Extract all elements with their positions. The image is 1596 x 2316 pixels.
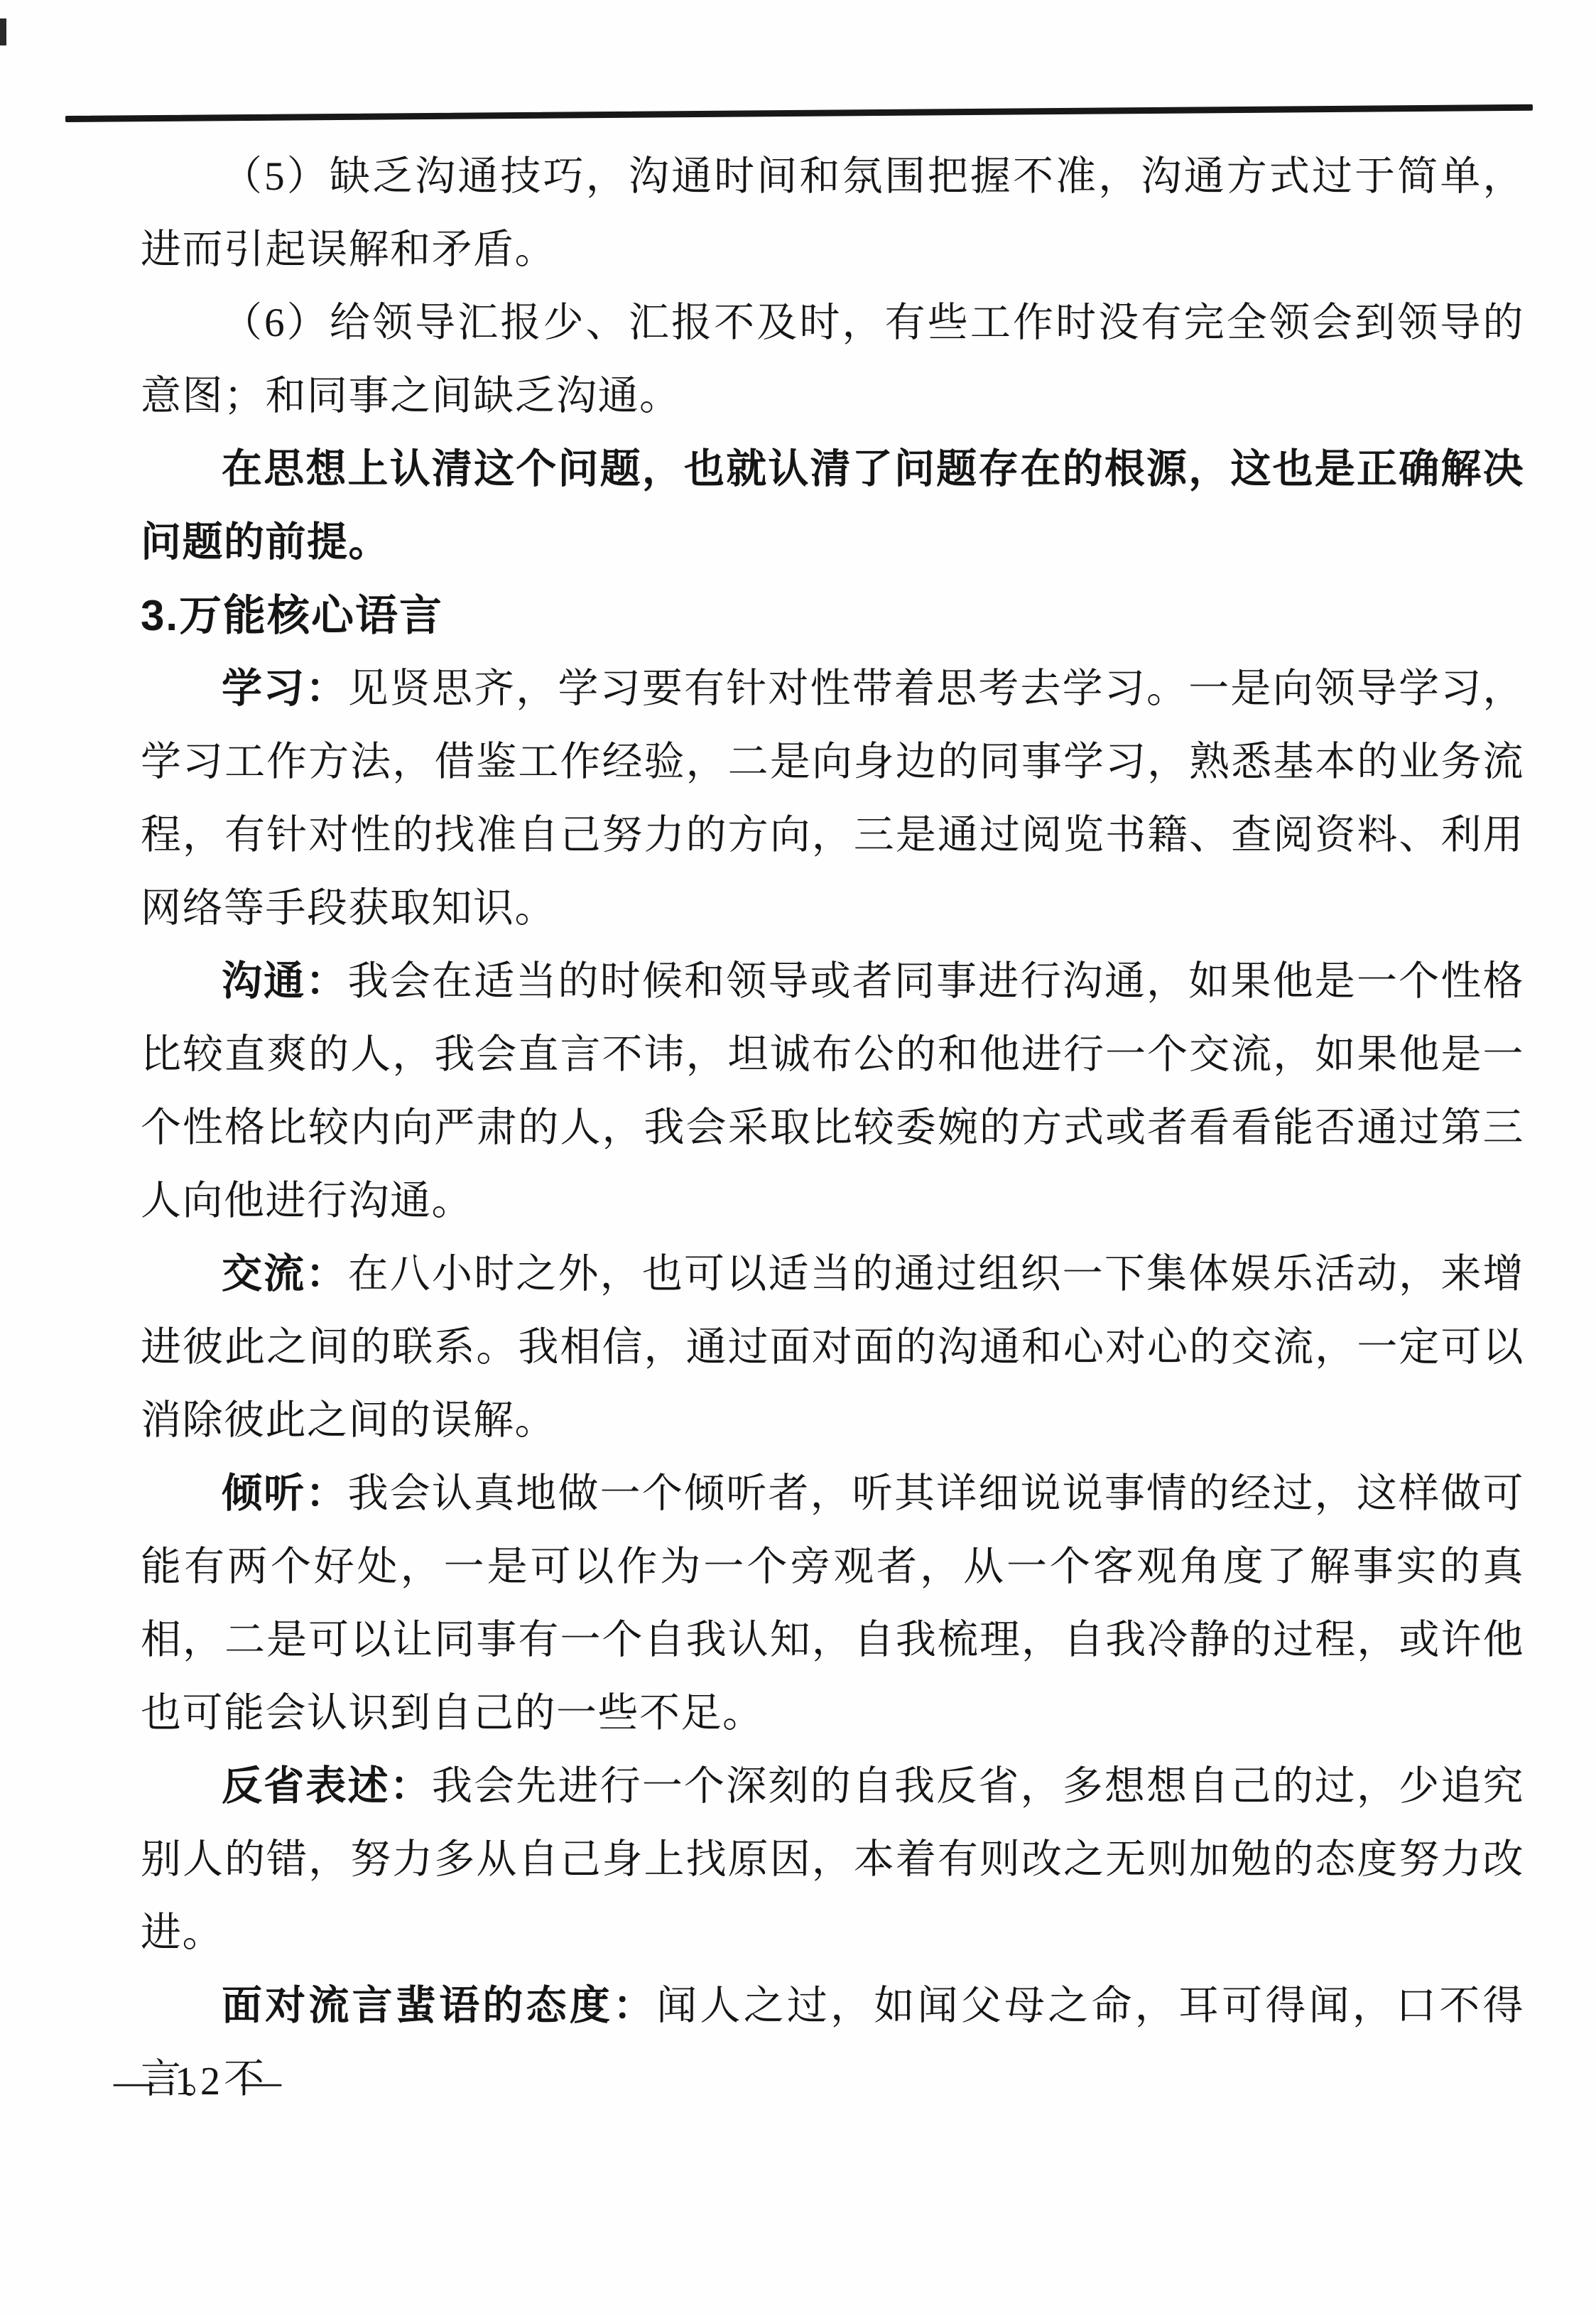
lead-communication: 沟通：	[222, 958, 348, 1004]
paragraph-rumors-attitude: 面对流言蜚语的态度：闻人之过，如闻父母之命，耳可得闻，口不得言。不	[141, 1969, 1524, 2116]
paragraph-communication: 沟通：我会在适当的时候和领导或者同事进行沟通，如果他是一个性格比较直爽的人，我会…	[141, 945, 1524, 1238]
lead-learning: 学习：	[222, 666, 348, 711]
paragraph-item-6: （6）给领导汇报少、汇报不及时，有些工作时没有完全领会到领导的意图；和同事之间缺…	[141, 286, 1524, 433]
page-number: — 12 —	[114, 2053, 287, 2110]
paragraph-listening: 倾听：我会认真地做一个倾听者，听其详细说说事情的经过，这样做可能有两个好处，一是…	[141, 1457, 1524, 1750]
scan-artifact	[0, 18, 6, 45]
document-page: （5）缺乏沟通技巧，沟通时间和氛围把握不准，沟通方式过于简单，进而引起误解和矛盾…	[0, 0, 1596, 2316]
lead-listening: 倾听：	[222, 1471, 348, 1516]
paragraph-exchange: 交流：在八小时之外，也可以适当的通过组织一下集体娱乐活动，来增进彼此之间的联系。…	[141, 1238, 1524, 1457]
lead-exchange: 交流：	[222, 1251, 348, 1297]
text-exchange: 在八小时之外，也可以适当的通过组织一下集体娱乐活动，来增进彼此之间的联系。我相信…	[141, 1252, 1524, 1443]
text-listening: 我会认真地做一个倾听者，听其详细说说事情的经过，这样做可能有两个好处，一是可以作…	[141, 1471, 1524, 1736]
paragraph-reflection: 反省表述：我会先进行一个深刻的自我反省，多想想自己的过，少追究别人的错，努力多从…	[141, 1750, 1524, 1969]
paragraph-item-5: （5）缺乏沟通技巧，沟通时间和氛围把握不准，沟通方式过于简单，进而引起误解和矛盾…	[141, 140, 1524, 286]
lead-reflection: 反省表述：	[222, 1763, 432, 1809]
header-rule	[65, 104, 1533, 122]
text-communication: 我会在适当的时候和领导或者同事进行沟通，如果他是一个性格比较直爽的人，我会直言不…	[141, 959, 1524, 1223]
paragraph-premise-remark: 在思想上认清这个问题，也就认清了问题存在的根源，这也是正确解决问题的前提。	[141, 433, 1524, 579]
paragraph-learning: 学习：见贤思齐，学习要有针对性带着思考去学习。一是向领导学习，学习工作方法，借鉴…	[141, 652, 1524, 945]
page-content: （5）缺乏沟通技巧，沟通时间和氛围把握不准，沟通方式过于简单，进而引起误解和矛盾…	[141, 140, 1524, 2116]
section-heading: 3.万能核心语言	[141, 579, 1524, 652]
lead-rumors-attitude: 面对流言蜚语的态度：	[222, 1983, 656, 2028]
text-learning: 见贤思齐，学习要有针对性带着思考去学习。一是向领导学习，学习工作方法，借鉴工作经…	[141, 666, 1524, 931]
